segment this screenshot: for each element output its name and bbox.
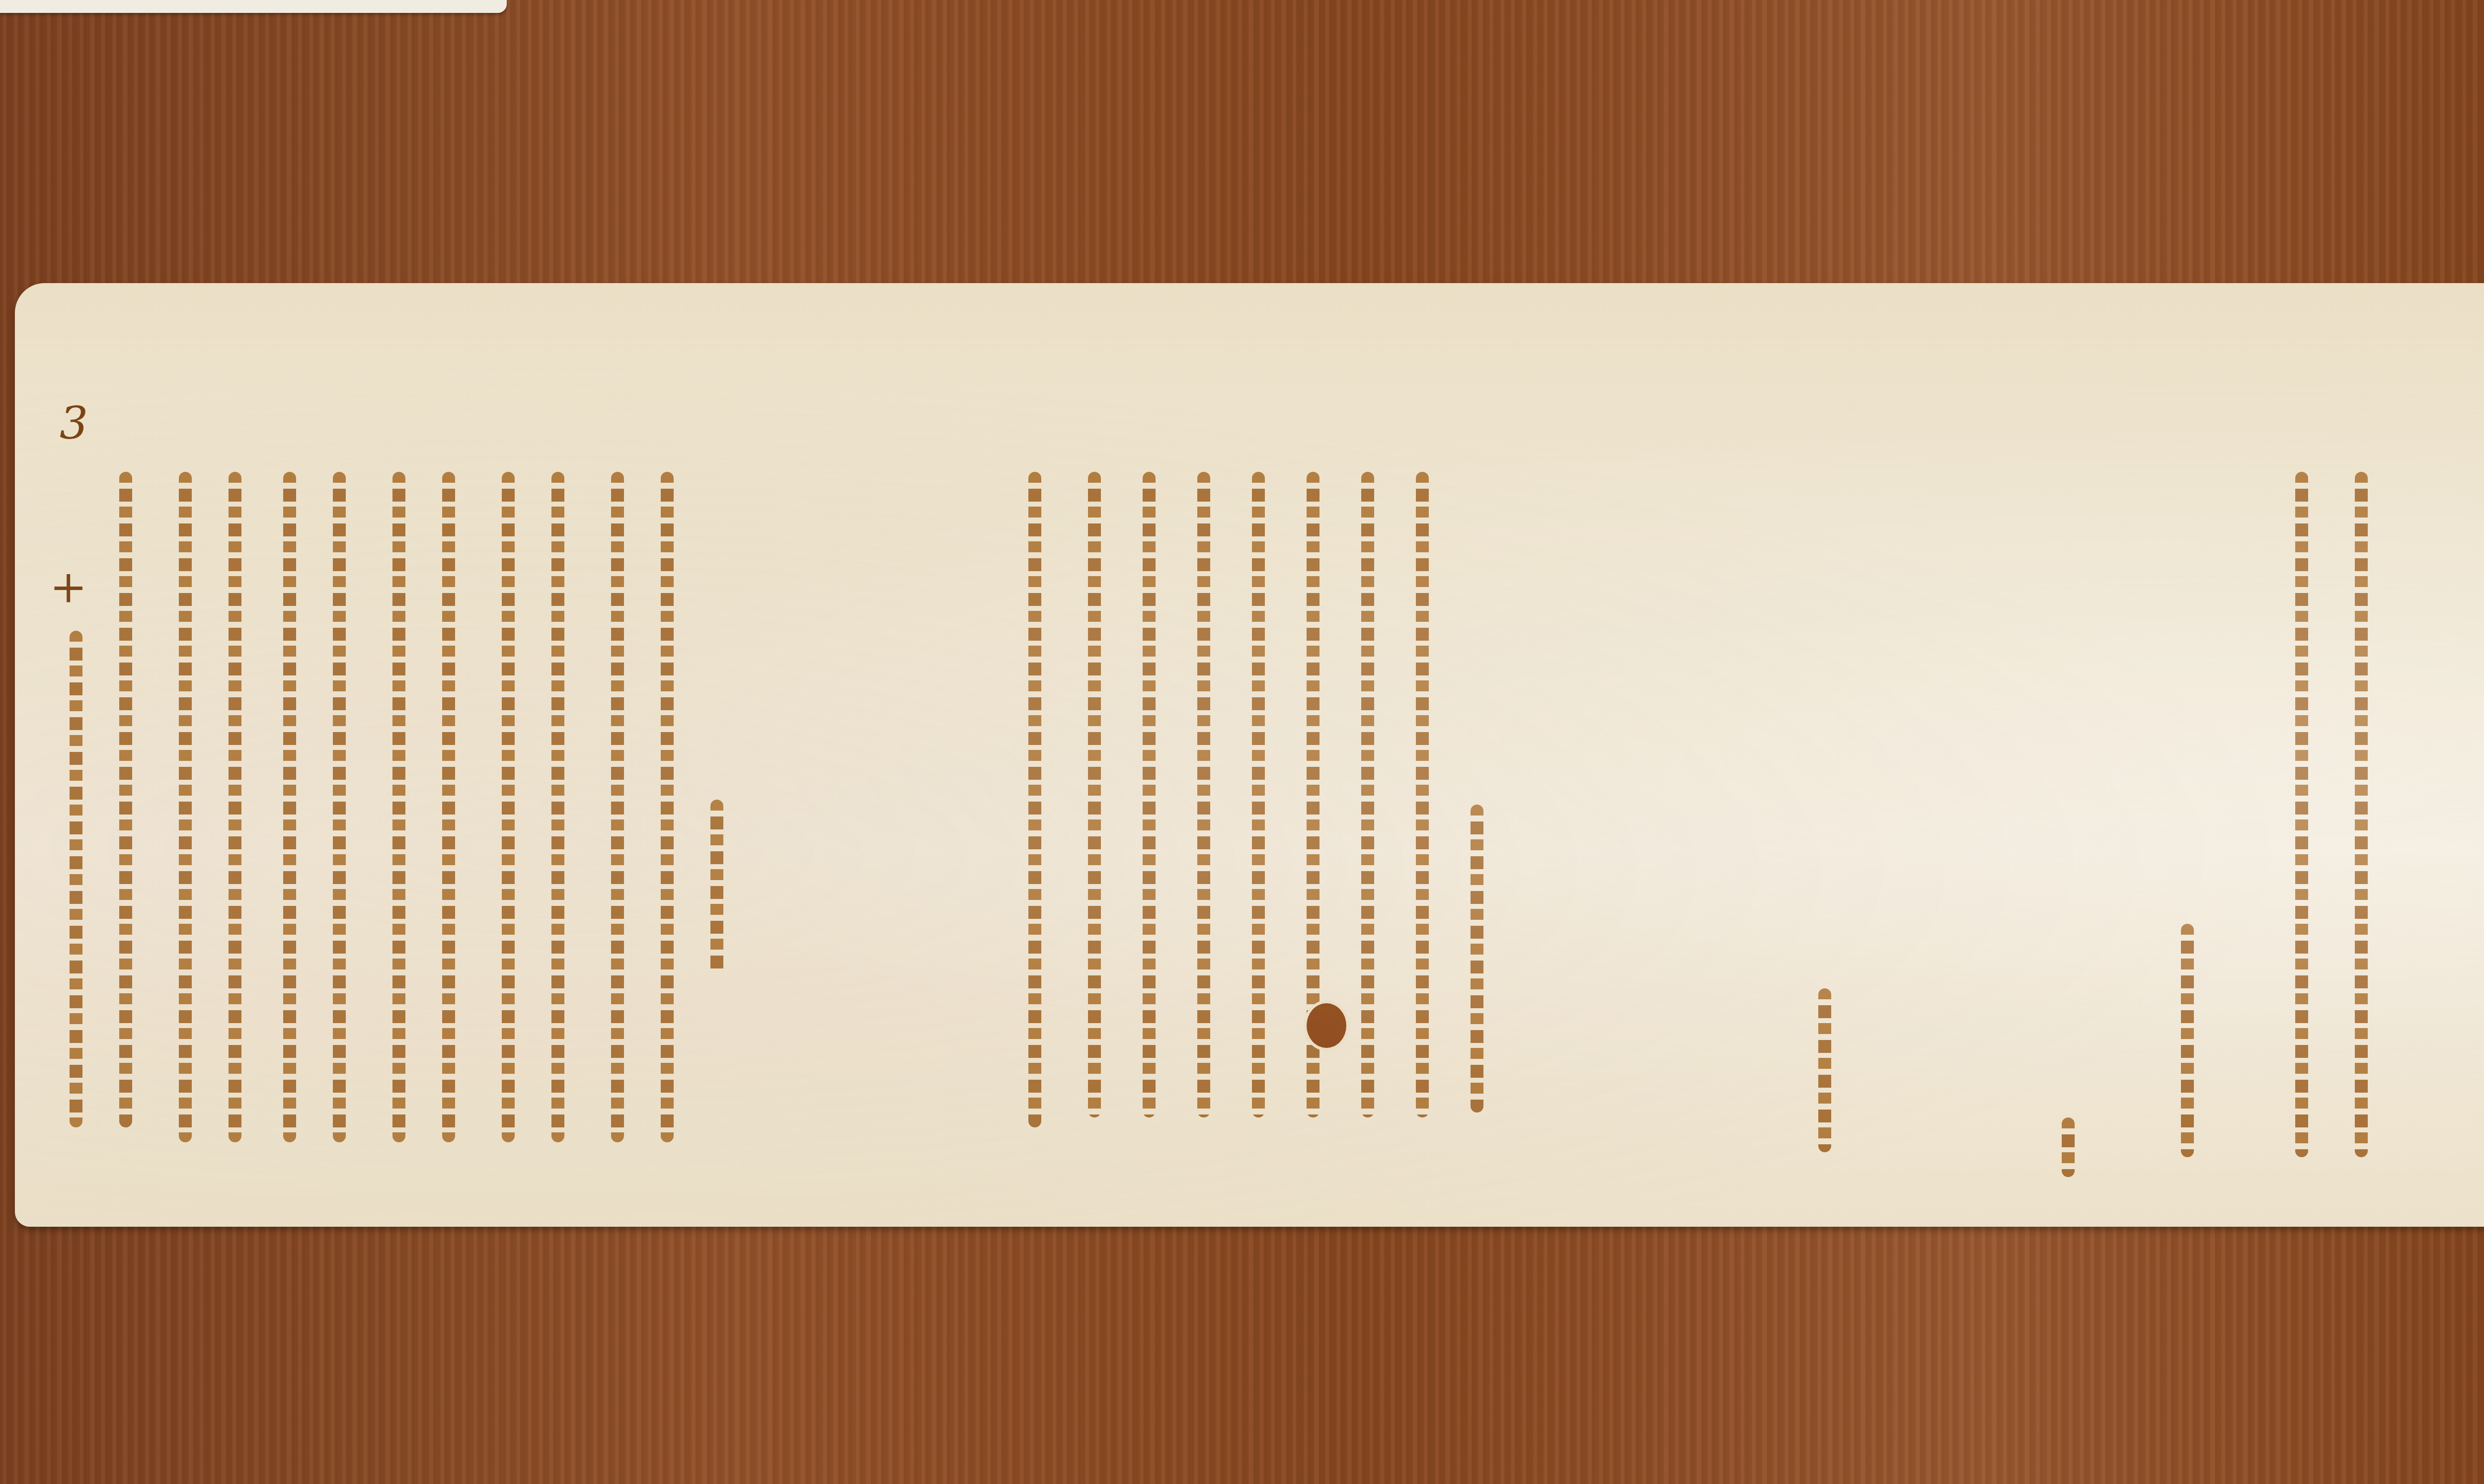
manuscript-sheet: 3 + xyxy=(15,283,2484,1227)
white-card xyxy=(0,0,507,13)
folio-number: 3 xyxy=(60,397,88,449)
cross-mark: + xyxy=(50,561,87,613)
paper-hole xyxy=(1307,1003,1346,1048)
